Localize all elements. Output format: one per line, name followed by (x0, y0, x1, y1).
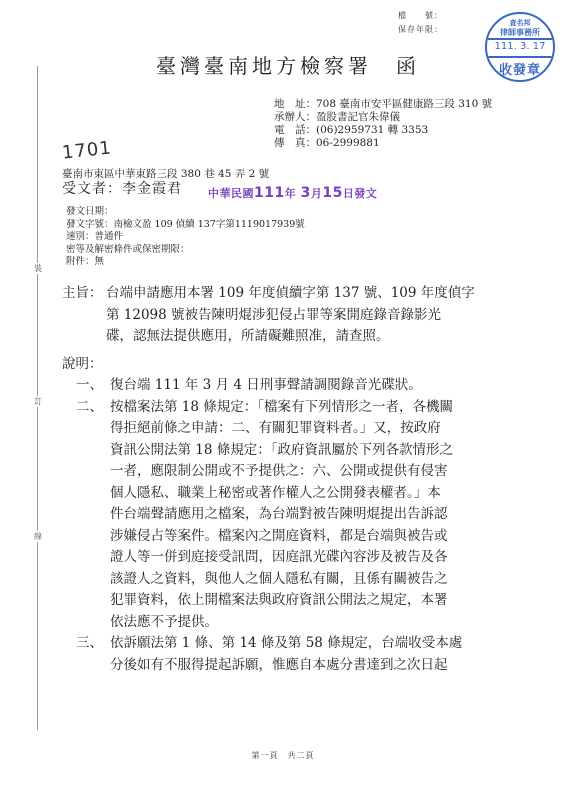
agency-title: 臺灣臺南地方檢察署 (156, 50, 372, 79)
item-line: 按檔案法第 18 條規定：「檔案有下列情形之一者，各機關 (110, 399, 453, 415)
date-suffix: 日發文 (343, 187, 378, 200)
contact-address: 地 址：708 臺南市安平區健康路三段 310 號 (274, 98, 492, 111)
date-month: 3 (301, 185, 311, 201)
item-line: 資訊公開法第 18 條規定：「政府資訊屬於下列各款情形之 (62, 440, 475, 462)
item-line: 犯罪資料，依上開檔案法與政府資訊公開法之規定，本署 (62, 590, 475, 612)
file-number-label: 檔 號： (398, 10, 443, 21)
item-line: 件台端聲請應用之檔案，為台端對被告陳明焜提出告訴認 (62, 504, 475, 526)
subject-label: 主旨： (62, 283, 106, 305)
binding-mark-line: 線 (32, 531, 44, 542)
date-month-unit: 月 (311, 187, 323, 200)
item-line: 個人隱私、職業上秘密或著作權人之公開發表權者。」本 (62, 483, 475, 505)
document-type: 函 (396, 50, 416, 79)
item-number: 一、 (62, 375, 110, 397)
item-line: 一者，應限制公開或不予提供之：六、公開或提供有侵害 (62, 461, 475, 483)
item-number: 三、 (62, 633, 110, 655)
contact-handler: 承辦人：盈股書記官朱偉儀 (274, 111, 492, 124)
stamp-rule (487, 38, 553, 40)
date-year: 111 (254, 185, 285, 201)
page-indicator: 第一頁 共二頁 (0, 750, 566, 761)
item-line: 依法應不予提供。 (62, 612, 475, 634)
stamp-org-line2: 律師事務所 (487, 27, 553, 38)
binding-mark-staple: 訂 (32, 396, 44, 407)
item-line: 證人等一併到庭接受訊問，因庭訊光碟內容涉及被告及各 (62, 547, 475, 569)
item-line: 涉嫌侵占等案件。檔案內之開庭資料，都是台端與被告或 (62, 526, 475, 548)
document-body: 主旨：台端申請應用本署 109 年度偵續字第 137 號、109 年度偵字 第 … (62, 283, 475, 676)
stamp-date: 111. 3. 17 (487, 41, 553, 52)
contact-info: 地 址：708 臺南市安平區健康路三段 310 號 承辦人：盈股書記官朱偉儀 電… (274, 98, 492, 150)
date-day: 15 (322, 185, 342, 201)
item-line: 得拒絕前條之申請：二、有關犯罪資料者。」又，按政府 (62, 418, 475, 440)
item-line: 分後如有不服得提起訴願，惟應自本處分書達到之次日起 (62, 655, 475, 677)
date-prefix: 中華民國 (208, 187, 254, 200)
subject-line: 碟，認無法提供應用，所請礙難照准，請查照。 (62, 326, 475, 348)
date-year-unit: 年 (285, 187, 297, 200)
subject-line: 第 12098 號被告陳明焜涉犯侵占罪等案開庭錄音錄影光 (62, 305, 475, 327)
stamp-label: 收發章 (487, 59, 553, 78)
subject-line: 台端申請應用本署 109 年度偵續字第 137 號、109 年度偵字 (106, 285, 475, 301)
stamp-rule (487, 56, 553, 58)
issue-date-stamp: 中華民國111年 3月15日發文 (208, 185, 377, 201)
explanation-label: 說明： (62, 354, 475, 376)
item-line: 復台端 111 年 3 月 4 日刑事聲請調閱錄音光碟狀。 (110, 377, 422, 393)
handwritten-note: 1701 (61, 137, 113, 163)
explanation-section: 說明： 一、復台端 111 年 3 月 4 日刑事聲請調閱錄音光碟狀。 二、按檔… (62, 354, 475, 677)
item-line: 依訴願法第 1 條、第 14 條及第 58 條規定，台端收受本處 (110, 635, 462, 651)
received-stamp: 查名邦 律師事務所 111. 3. 17 收發章 (485, 12, 555, 82)
contact-phone: 電 話：(06)2959731 轉 3353 (274, 124, 492, 137)
stamp-org-line1: 查名邦 (487, 19, 553, 27)
binding-mark-bind: 裝 (32, 263, 44, 274)
explanation-item-1: 一、復台端 111 年 3 月 4 日刑事聲請調閱錄音光碟狀。 (62, 375, 475, 397)
meta-issue-date: 發文日期： (66, 206, 305, 219)
explanation-item-3: 三、依訴願法第 1 條、第 14 條及第 58 條規定，台端收受本處 分後如有不… (62, 633, 475, 676)
item-line: 該證人之資料，與他人之個人隱私有關，且係有關被告之 (62, 569, 475, 591)
item-number: 二、 (62, 397, 110, 419)
explanation-item-2: 二、按檔案法第 18 條規定：「檔案有下列情形之一者，各機關 得拒絕前條之申請：… (62, 397, 475, 634)
subject-section: 主旨：台端申請應用本署 109 年度偵續字第 137 號、109 年度偵字 第 … (62, 283, 475, 348)
retention-period-label: 保存年限： (398, 24, 443, 35)
meta-speed: 速別：普通件 (66, 231, 305, 244)
document-meta: 發文日期： 發文字號：南檢文盈 109 偵續 137字第1119017939號 … (66, 206, 305, 269)
contact-fax: 傳 真：06-2999881 (274, 137, 492, 150)
meta-classification: 密等及解密條件或保密期限： (66, 244, 305, 257)
meta-issue-number: 發文字號：南檢文盈 109 偵續 137字第1119017939號 (66, 219, 305, 232)
meta-attachment: 附件：無 (66, 256, 305, 269)
recipient-name: 受文者：李金霞君 (62, 178, 182, 198)
